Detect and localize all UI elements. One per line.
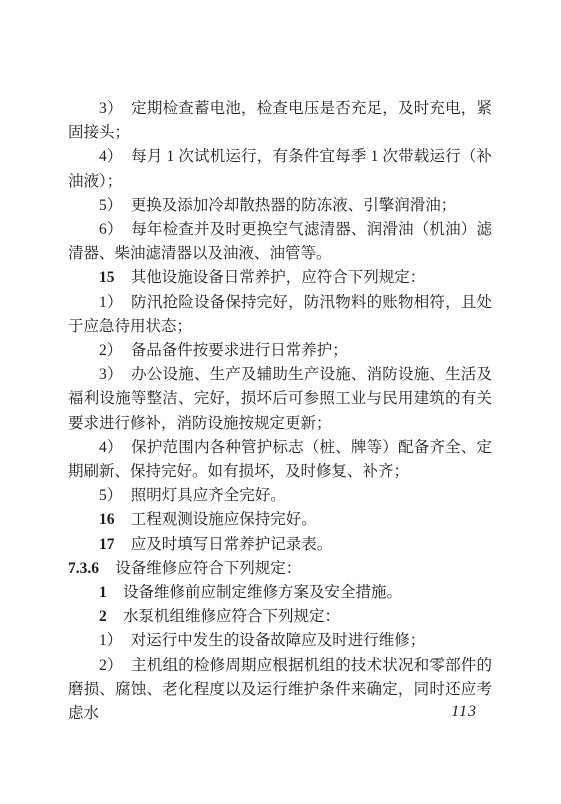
paragraph: 15其他设施设备日常养护，应符合下列规定： (68, 266, 492, 290)
document-body: 3）定期检查蓄电池，检查电压是否充足，及时充电，紧固接头；4）每月 1 次试机运… (68, 97, 492, 726)
item-number: 3） (99, 366, 123, 383)
paragraph-text: 主机组的检修周期应根据机组的技术状况和零部件的磨损、腐蚀、老化程度以及运行维护条… (68, 657, 492, 722)
paragraph-text: 其他设施设备日常养护，应符合下列规定： (131, 269, 426, 286)
item-number: 5） (99, 487, 122, 504)
paragraph: 17应及时填写日常养护记录表。 (68, 533, 492, 557)
item-number: 1） (99, 294, 123, 311)
paragraph: 6）每年检查并及时更换空气滤清器、润滑油（机油）滤清器、柴油滤清器以及油液、油管… (68, 218, 492, 266)
paragraph-text: 每年检查并及时更换空气滤清器、润滑油（机油）滤清器、柴油滤清器以及油液、油管等。 (68, 221, 492, 262)
paragraph-text: 保护范围内各种管护标志（桩、牌等）配备齐全、定期刷新、保持完好。如有损坏，及时修… (68, 439, 492, 480)
page-number: 113 (451, 703, 477, 721)
paragraph: 4）保护范围内各种管护标志（桩、牌等）配备齐全、定期刷新、保持完好。如有损坏，及… (68, 436, 492, 484)
item-number: 3） (99, 100, 123, 117)
item-number: 1） (99, 632, 122, 649)
item-number: 2 (99, 608, 107, 625)
item-number: 4） (99, 148, 123, 165)
paragraph: 3）办公设施、生产及辅助生产设施、消防设施、生活及福利设施等整洁、完好，损坏后可… (68, 363, 492, 436)
paragraph-text: 对运行中发生的设备故障应及时进行维修； (131, 632, 426, 649)
item-number: 15 (99, 269, 115, 286)
paragraph-text: 每月 1 次试机运行，有条件宜每季 1 次带载运行（补油液）； (68, 148, 492, 189)
document-page: 3）定期检查蓄电池，检查电压是否充足，及时充电，紧固接头；4）每月 1 次试机运… (0, 0, 561, 804)
item-number: 7.3.6 (68, 560, 99, 577)
paragraph-text: 设备维修前应制定维修方案及安全措施。 (123, 584, 402, 601)
paragraph: 1设备维修前应制定维修方案及安全措施。 (68, 581, 492, 605)
item-number: 2） (99, 342, 122, 359)
paragraph: 4）每月 1 次试机运行，有条件宜每季 1 次带载运行（补油液）； (68, 145, 492, 193)
item-number: 5） (99, 197, 122, 214)
item-number: 17 (99, 536, 115, 553)
paragraph-text: 办公设施、生产及辅助生产设施、消防设施、生活及福利设施等整洁、完好，损坏后可参照… (68, 366, 492, 431)
paragraph: 3）定期检查蓄电池，检查电压是否充足，及时充电，紧固接头； (68, 97, 492, 145)
paragraph-text: 更换及添加冷却散热器的防冻液、引擎润滑油； (131, 197, 457, 214)
item-number: 2） (99, 657, 123, 674)
item-number: 6） (99, 221, 123, 238)
paragraph-text: 照明灯具应齐全完好。 (131, 487, 286, 504)
paragraph: 1）对运行中发生的设备故障应及时进行维修； (68, 629, 492, 653)
item-number: 16 (99, 511, 115, 528)
paragraph-text: 定期检查蓄电池，检查电压是否充足，及时充电，紧固接头； (68, 100, 492, 141)
paragraph: 2）备品备件按要求进行日常养护； (68, 339, 492, 363)
paragraph-text: 设备维修应符合下列规定： (115, 560, 301, 577)
item-number: 4） (99, 439, 123, 456)
paragraph: 5）更换及添加冷却散热器的防冻液、引擎润滑油； (68, 194, 492, 218)
paragraph: 16工程观测设施应保持完好。 (68, 508, 492, 532)
paragraph-text: 应及时填写日常养护记录表。 (131, 536, 333, 553)
paragraph-text: 工程观测设施应保持完好。 (131, 511, 317, 528)
section-paragraph: 7.3.6设备维修应符合下列规定： (68, 557, 492, 581)
paragraph: 5）照明灯具应齐全完好。 (68, 484, 492, 508)
paragraph-text: 备品备件按要求进行日常养护； (131, 342, 348, 359)
paragraph-text: 水泵机组维修应符合下列规定： (123, 608, 340, 625)
paragraph: 2）主机组的检修周期应根据机组的技术状况和零部件的磨损、腐蚀、老化程度以及运行维… (68, 654, 492, 727)
paragraph: 2水泵机组维修应符合下列规定： (68, 605, 492, 629)
item-number: 1 (99, 584, 107, 601)
paragraph-text: 防汛抢险设备保持完好，防汛物料的账物相符，且处于应急待用状态； (68, 294, 492, 335)
paragraph: 1）防汛抢险设备保持完好，防汛物料的账物相符，且处于应急待用状态； (68, 291, 492, 339)
